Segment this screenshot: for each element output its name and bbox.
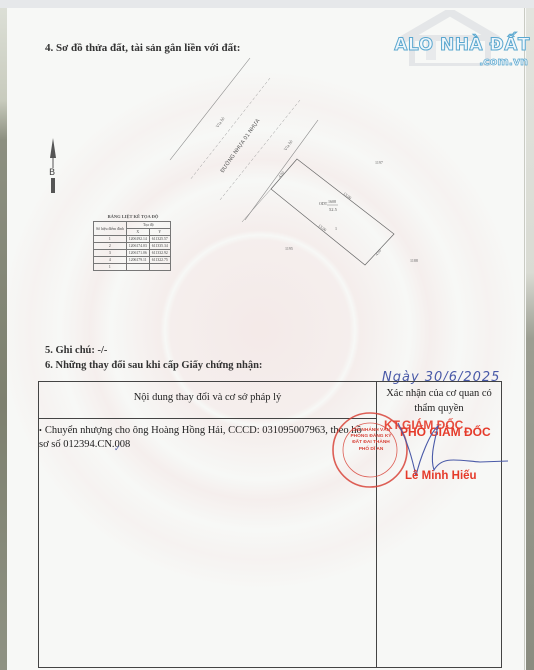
svg-text:52.5: 52.5 bbox=[329, 207, 338, 212]
svg-text:1195: 1195 bbox=[285, 246, 293, 251]
table-row: 11206192.14611325.57 bbox=[94, 236, 171, 243]
handwritten-initial: ✓ bbox=[114, 444, 121, 453]
coordinate-table-title: BẢNG LIỆT KÊ TỌA ĐỘ bbox=[86, 214, 180, 219]
svg-text:1: 1 bbox=[335, 226, 337, 231]
svg-text:13.00: 13.00 bbox=[342, 191, 352, 200]
content-column-header: Nội dung thay đổi và cơ sở pháp lý bbox=[39, 392, 376, 403]
header-divider bbox=[39, 418, 376, 419]
svg-text:4.00: 4.00 bbox=[374, 248, 382, 257]
parcel-diagram: Vỉa hè ĐƯỜNG NHỰA 01 NHỰA Vỉa hè 4.00 13… bbox=[0, 0, 534, 340]
section-6-heading: 6. Những thay đổi sau khi cấp Giấy chứng… bbox=[45, 360, 262, 371]
road-label: ĐƯỜNG NHỰA 01 NHỰA bbox=[219, 117, 262, 174]
svg-text:1197: 1197 bbox=[375, 160, 383, 165]
svg-text:4.00: 4.00 bbox=[277, 170, 285, 179]
table-row: 1 bbox=[94, 264, 171, 271]
section-5-heading: 5. Ghi chú: -/- bbox=[45, 345, 107, 356]
coordinate-table: Số hiệu điểm đỉnhTọa độ XY 11206192.1461… bbox=[93, 221, 171, 271]
svg-text:B: B bbox=[49, 168, 55, 178]
north-arrow-icon: B bbox=[38, 136, 68, 196]
certificate-page: ALO NHÀ ĐẤT .com.vn 4. Sơ đồ thửa đất, t… bbox=[0, 0, 534, 670]
change-entry-text: Chuyển nhượng cho ông Hoàng Hồng Hải, CC… bbox=[39, 425, 362, 450]
svg-text:1608: 1608 bbox=[328, 199, 336, 204]
sidewalk-label: Vỉa hè bbox=[283, 139, 294, 152]
table-row: 21206174.03611335.34 bbox=[94, 243, 171, 250]
svg-text:ODT: ODT bbox=[319, 201, 328, 206]
signer-name: Lê Minh Hiếu bbox=[405, 470, 477, 482]
bullet-icon: • bbox=[39, 426, 42, 435]
change-entry: •Chuyển nhượng cho ông Hoàng Hồng Hải, C… bbox=[39, 424, 371, 452]
table-row: 31206171.06611332.92 bbox=[94, 250, 171, 257]
table-row: 41206179.11611322.75 bbox=[94, 257, 171, 264]
svg-text:1188: 1188 bbox=[410, 258, 418, 263]
sidewalk-label: Vỉa hè bbox=[215, 116, 226, 129]
